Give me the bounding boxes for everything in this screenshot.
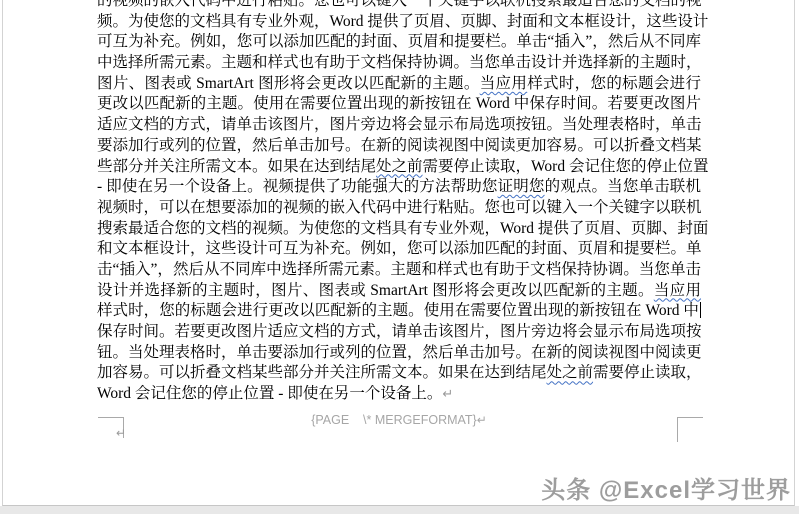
text-line[interactable]: 中选择所需元素。主题和样式也有助于文档保持协调。当您单击设计并选择新的主题时，: [97, 53, 701, 74]
text-line[interactable]: 视频时，可以在想要添加的视频的嵌入代码中进行粘贴。您也可以键入一个关键字以联机: [97, 198, 701, 219]
text-cursor: [700, 302, 701, 318]
paragraph-mark: ↵: [477, 413, 487, 427]
text-line[interactable]: 些部分并关注所需文本。如果在达到结尾处之前需要停止读取，Word 会记住您的停止…: [97, 157, 701, 178]
text-line[interactable]: 更改以匹配新的主题。使用在需要位置出现的新按钮在 Word 中保存时间。若要更改…: [97, 94, 701, 115]
field-code-text: {PAGE \* MERGEFORMAT}: [311, 413, 477, 427]
page-number-field-code[interactable]: {PAGE \* MERGEFORMAT}↵: [97, 413, 701, 427]
word-document-window: { "app": {"name": "Word print-layout doc…: [0, 0, 799, 514]
footer-paragraph-mark: ↵: [116, 426, 126, 440]
text-line[interactable]: 击“插入”，然后从不同库中选择所需元素。主题和样式也有助于文档保持协调。当您单击: [97, 260, 701, 281]
text-line[interactable]: 和文本框设计，这些设计可互为补充。例如，您可以添加匹配的封面、页眉和提要栏。单: [97, 239, 701, 260]
text-line[interactable]: 加容易。可以折叠文档某些部分并关注所需文本。如果在达到结尾处之前需要停止读取，: [97, 363, 701, 384]
text-line[interactable]: 保存时间。若要更改图片适应文档的方式，请单击该图片，图片旁边将会显示布局选项按: [97, 322, 701, 343]
text-line[interactable]: 样式时，您的标题会进行更改以匹配新的主题。使用在需要位置出现的新按钮在 Word…: [97, 301, 701, 322]
text-line[interactable]: 适应文档的方式，请单击该图片，图片旁边将会显示布局选项按钮。当处理表格时，单击: [97, 115, 701, 136]
text-line[interactable]: 设计并选择新的主题时，图片、图表或 SmartArt 图形将会更改以匹配新的主题…: [97, 281, 701, 302]
text-line[interactable]: - 即使在另一个设备上。视频提供了功能强大的方法帮助您证明您的观点。当您单击联机: [97, 177, 701, 198]
workspace-background: [0, 506, 799, 514]
text-line[interactable]: 可互为补充。例如，您可以添加匹配的封面、页眉和提要栏。单击“插入”，然后从不同库: [97, 32, 701, 53]
text-line[interactable]: 要添加行或列的位置，然后单击加号。在新的阅读视图中阅读更加容易。可以折叠文档某: [97, 136, 701, 157]
text-line[interactable]: 搜索最适合您的文档的视频。为使您的文档具有专业外观，Word 提供了页眉、页脚、…: [97, 219, 701, 240]
watermark-text: 头条 @Excel学习世界: [541, 470, 791, 505]
proofing-squiggle: 处之前: [547, 364, 594, 381]
text-line[interactable]: 频。为使您的文档具有专业外观，Word 提供了页眉、页脚、封面和文本框设计，这些…: [97, 12, 701, 33]
document-body[interactable]: 的视频的嵌入代码中进行粘贴。您也可以键入一个关键字以联机搜索最适合您的文档的视频…: [97, 0, 701, 405]
proofing-squiggle: 证明您: [498, 178, 545, 195]
text-line[interactable]: 钮。当处理表格时，单击要添加行或列的位置，然后单击加号。在新的阅读视图中阅读更: [97, 343, 701, 364]
text-line[interactable]: 的视频的嵌入代码中进行粘贴。您也可以键入一个关键字以联机搜索最适合您的文档的视: [97, 0, 701, 12]
text-line[interactable]: Word 会记住您的停止位置 - 即使在另一个设备上。↵: [97, 384, 701, 405]
proofing-squiggle: 处之前: [376, 158, 423, 175]
proofing-squiggle: 当应用: [654, 282, 701, 299]
proofing-squiggle: 当应用: [480, 75, 528, 92]
paragraph-mark: ↵: [442, 386, 453, 401]
text-line[interactable]: 图片、图表或 SmartArt 图形将会更改以匹配新的主题。当应用样式时，您的标…: [97, 74, 701, 95]
